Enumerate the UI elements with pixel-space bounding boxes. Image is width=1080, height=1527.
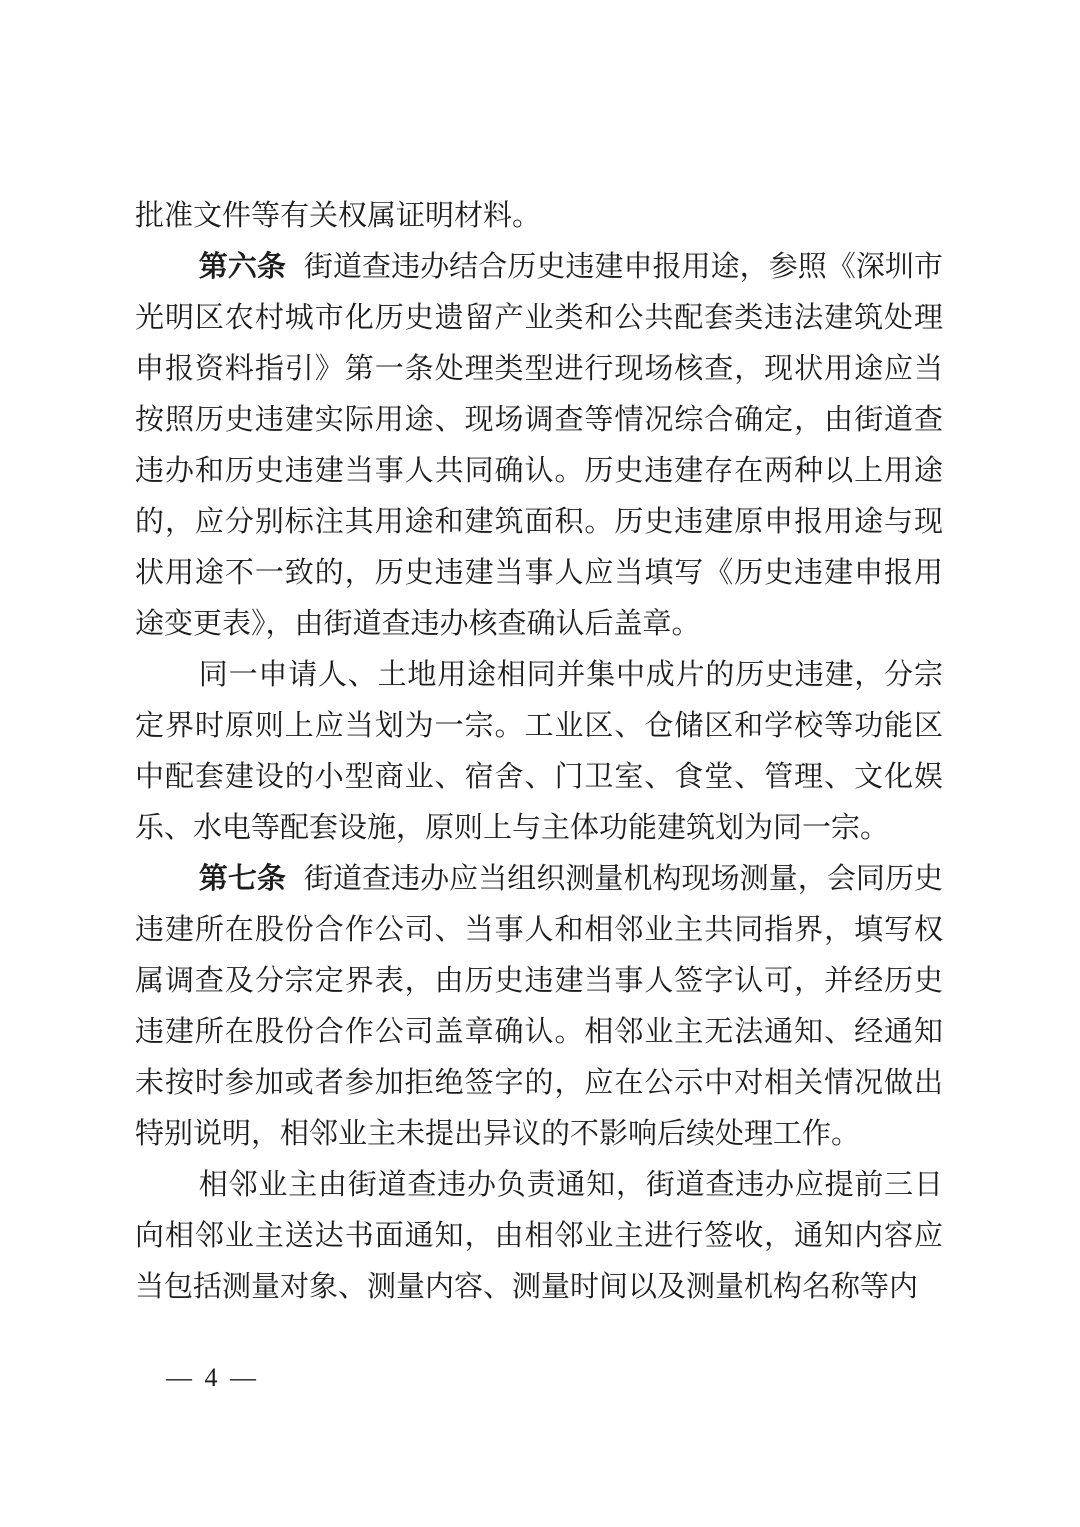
paragraph-continuation: 批准文件等有关权属证明材料。	[135, 191, 943, 242]
document-page: 批准文件等有关权属证明材料。 第六条街道查违办结合历史违建申报用途，参照《深圳市…	[0, 0, 1080, 1527]
paragraph-neighbor-notice-text: 相邻业主由街道查违办负责通知，街道查违办应提前三日向相邻业主送达书面通知，由相邻…	[135, 1169, 943, 1303]
paragraph-parceling-rule: 同一申请人、土地用途相同并集中成片的历史违建，分宗定界时原则上应当划为一宗。工业…	[135, 650, 943, 854]
paragraph-article-7: 第七条街道查违办应当组织测量机构现场测量，会同历史违建所在股份合作公司、当事人和…	[135, 854, 943, 1160]
article-6-label: 第六条	[199, 251, 286, 283]
document-body: 批准文件等有关权属证明材料。 第六条街道查违办结合历史违建申报用途，参照《深圳市…	[135, 191, 943, 1313]
article-7-text: 街道查违办应当组织测量机构现场测量，会同历史违建所在股份合作公司、当事人和相邻业…	[135, 863, 943, 1150]
paragraph-parceling-rule-text: 同一申请人、土地用途相同并集中成片的历史违建，分宗定界时原则上应当划为一宗。工业…	[135, 659, 943, 844]
paragraph-article-6: 第六条街道查违办结合历史违建申报用途，参照《深圳市光明区农村城市化历史遗留产业类…	[135, 242, 943, 650]
article-7-label: 第七条	[199, 863, 286, 895]
paragraph-continuation-text: 批准文件等有关权属证明材料。	[135, 200, 541, 232]
article-6-text: 街道查违办结合历史违建申报用途，参照《深圳市光明区农村城市化历史遗留产业类和公共…	[135, 251, 943, 640]
page-number: — 4 —	[166, 1358, 259, 1398]
paragraph-neighbor-notice: 相邻业主由街道查违办负责通知，街道查违办应提前三日向相邻业主送达书面通知，由相邻…	[135, 1160, 943, 1313]
